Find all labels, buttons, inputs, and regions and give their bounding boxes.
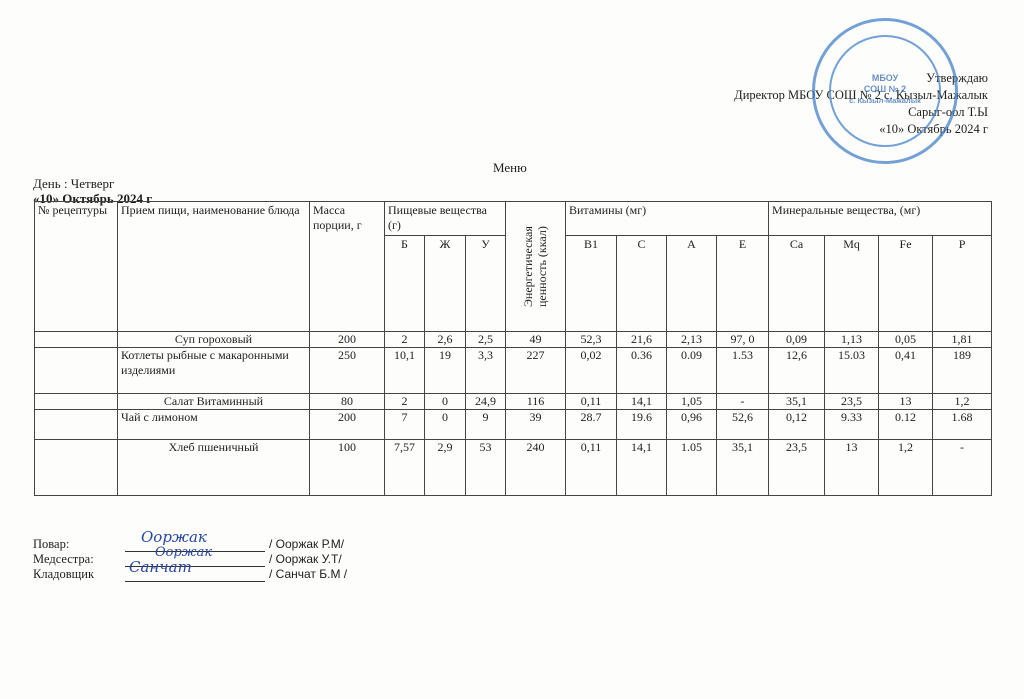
stamp-text-village: с. Кызыл-Мажалык — [815, 95, 955, 106]
cell-mass: 100 — [310, 440, 385, 496]
cell-c: 0.36 — [617, 348, 667, 394]
header-mq: Mq — [825, 236, 879, 332]
cell-c: 14,1 — [617, 394, 667, 410]
menu-table: № рецептуры Прием пищи, наименование блю… — [34, 201, 992, 496]
cell-zh: 2,6 — [425, 332, 466, 348]
staff-name: / Санчат Б.М / — [269, 567, 347, 582]
staff-name: / Ооржак У.Т/ — [269, 552, 342, 567]
cell-fe: 0,05 — [879, 332, 933, 348]
cell-fe: 1,2 — [879, 440, 933, 496]
cell-a: 2,13 — [667, 332, 717, 348]
cell-u: 24,9 — [466, 394, 506, 410]
cell-e: 52,6 — [717, 410, 769, 440]
header-recipe-no: № рецептуры — [35, 202, 118, 332]
table-row: Хлеб пшеничный1007,572,9532400,1114,11.0… — [35, 440, 992, 496]
staff-row-storekeeper: Кладовщик Санчат / Санчат Б.М / — [33, 567, 347, 582]
header-carbs: У — [466, 236, 506, 332]
cell-kcal: 49 — [506, 332, 566, 348]
cell-b1: 0,11 — [566, 394, 617, 410]
cell-mq: 1,13 — [825, 332, 879, 348]
cell-ca: 35,1 — [769, 394, 825, 410]
header-fe: Fe — [879, 236, 933, 332]
cell-ca: 0,12 — [769, 410, 825, 440]
cell-zh: 2,9 — [425, 440, 466, 496]
handwritten-signature: Санчат — [129, 560, 192, 575]
cell-c: 21,6 — [617, 332, 667, 348]
cell-no — [35, 440, 118, 496]
header-fat: Ж — [425, 236, 466, 332]
cell-no — [35, 332, 118, 348]
cell-dish: Суп гороховый — [118, 332, 310, 348]
stamp-text-org: МБОУ — [815, 73, 955, 84]
cell-c: 14,1 — [617, 440, 667, 496]
handwritten-signature: Ооржак — [141, 530, 207, 545]
day-label: День : Четверг — [33, 176, 114, 192]
cell-kcal: 116 — [506, 394, 566, 410]
cell-mass: 80 — [310, 394, 385, 410]
cell-p: 189 — [933, 348, 992, 394]
cell-mq: 23,5 — [825, 394, 879, 410]
header-a: A — [667, 236, 717, 332]
cell-u: 53 — [466, 440, 506, 496]
header-ca: Ca — [769, 236, 825, 332]
cell-e: 97, 0 — [717, 332, 769, 348]
stamp-text-school: СОШ № 2 — [815, 84, 955, 95]
cell-dish: Салат Витаминный — [118, 394, 310, 410]
cell-mass: 200 — [310, 410, 385, 440]
header-mass: Масса порции, г — [310, 202, 385, 332]
cell-b: 2 — [385, 394, 425, 410]
cell-dish: Чай с лимоном — [118, 410, 310, 440]
header-energy: Энергетическая ценность (ккал) — [506, 202, 566, 332]
cell-b: 7,57 — [385, 440, 425, 496]
cell-b: 7 — [385, 410, 425, 440]
cell-e: 35,1 — [717, 440, 769, 496]
cell-dish: Хлеб пшеничный — [118, 440, 310, 496]
document-title: Меню — [493, 160, 527, 176]
cell-dish: Котлеты рыбные с макаронными изделиями — [118, 348, 310, 394]
header-energy-label: Энергетическая ценность (ккал) — [521, 208, 551, 326]
header-nutrients: Пищевые вещества (г) — [385, 202, 506, 236]
cell-fe: 0.12 — [879, 410, 933, 440]
header-c: C — [617, 236, 667, 332]
staff-name: / Ооржак Р.М/ — [269, 537, 344, 552]
cell-e: 1.53 — [717, 348, 769, 394]
cell-e: - — [717, 394, 769, 410]
header-p: P — [933, 236, 992, 332]
staff-role: Повар: — [33, 537, 125, 552]
cell-a: 0,96 — [667, 410, 717, 440]
cell-u: 9 — [466, 410, 506, 440]
cell-zh: 19 — [425, 348, 466, 394]
staff-signatures: Повар: Ооржак / Ооржак Р.М/ Медсестра: О… — [33, 537, 347, 582]
header-b1: B1 — [566, 236, 617, 332]
table-row: Салат Витаминный802024,91160,1114,11,05-… — [35, 394, 992, 410]
cell-b1: 28.7 — [566, 410, 617, 440]
cell-p: 1,81 — [933, 332, 992, 348]
cell-kcal: 240 — [506, 440, 566, 496]
table-row: Суп гороховый20022,62,54952,321,62,1397,… — [35, 332, 992, 348]
cell-p: - — [933, 440, 992, 496]
cell-b1: 52,3 — [566, 332, 617, 348]
table-row: Котлеты рыбные с макаронными изделиями25… — [35, 348, 992, 394]
cell-a: 1.05 — [667, 440, 717, 496]
cell-kcal: 39 — [506, 410, 566, 440]
signature-line: Санчат — [125, 569, 265, 582]
cell-zh: 0 — [425, 410, 466, 440]
cell-mass: 200 — [310, 332, 385, 348]
header-dish: Прием пищи, наименование блюда — [118, 202, 310, 332]
header-vitamins: Витамины (мг) — [566, 202, 769, 236]
cell-b: 2 — [385, 332, 425, 348]
cell-a: 1,05 — [667, 394, 717, 410]
header-e: E — [717, 236, 769, 332]
cell-b1: 0,02 — [566, 348, 617, 394]
cell-u: 2,5 — [466, 332, 506, 348]
cell-mass: 250 — [310, 348, 385, 394]
cell-fe: 13 — [879, 394, 933, 410]
header-protein: Б — [385, 236, 425, 332]
cell-a: 0.09 — [667, 348, 717, 394]
cell-b1: 0,11 — [566, 440, 617, 496]
cell-no — [35, 348, 118, 394]
table-row: Чай с лимоном2007093928.719.60,9652,60,1… — [35, 410, 992, 440]
cell-no — [35, 394, 118, 410]
cell-b: 10,1 — [385, 348, 425, 394]
cell-p: 1,2 — [933, 394, 992, 410]
cell-u: 3,3 — [466, 348, 506, 394]
staff-role: Кладовщик — [33, 567, 125, 582]
cell-fe: 0,41 — [879, 348, 933, 394]
cell-mq: 15.03 — [825, 348, 879, 394]
cell-mq: 13 — [825, 440, 879, 496]
cell-p: 1.68 — [933, 410, 992, 440]
cell-mq: 9.33 — [825, 410, 879, 440]
cell-ca: 23,5 — [769, 440, 825, 496]
header-minerals: Минеральные вещества, (мг) — [769, 202, 992, 236]
cell-no — [35, 410, 118, 440]
cell-zh: 0 — [425, 394, 466, 410]
cell-ca: 0,09 — [769, 332, 825, 348]
staff-role: Медсестра: — [33, 552, 125, 567]
official-stamp: МБОУ СОШ № 2 с. Кызыл-Мажалык — [812, 18, 958, 164]
cell-ca: 12,6 — [769, 348, 825, 394]
cell-kcal: 227 — [506, 348, 566, 394]
cell-c: 19.6 — [617, 410, 667, 440]
